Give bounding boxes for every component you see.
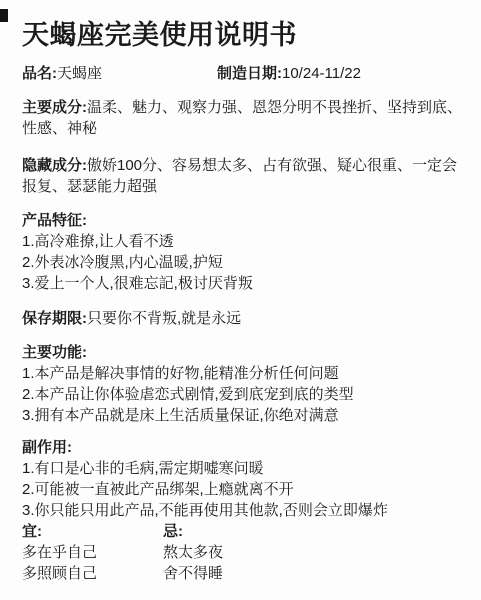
- list-item: 1.本产品是解决事情的好物,能精准分析任何问题: [22, 363, 471, 384]
- list-item: 1.高冷难撩,让人看不透: [22, 231, 471, 252]
- section-side-effects: 副作用: 1.有口是心非的毛病,需定期嘘寒问暖 2.可能被一直被此产品绑架,上瘾…: [22, 437, 471, 521]
- hidden-ingredients-text: 傲娇100分、容易想太多、占有欲强、疑心很重、一定会 报复、瑟瑟能力超强: [22, 157, 457, 195]
- list-item: 2.本产品让你体验虐恋式剧情,爱到底宠到底的类型: [22, 384, 471, 405]
- features-label: 产品特征:: [22, 210, 471, 231]
- suitable-label: 宜:: [22, 523, 42, 540]
- avoid-column: 忌: 熬太多夜 舍不得睡: [163, 521, 223, 584]
- product-name: 品名:天蝎座: [22, 63, 217, 84]
- product-name-label: 品名:: [22, 65, 57, 82]
- section-do-dont: 宜: 多在乎自己 多照顾自己 忌: 熬太多夜 舍不得睡: [22, 521, 471, 584]
- corner-mark: [0, 9, 8, 22]
- shelf-life-label: 保存期限:: [22, 310, 87, 327]
- side-effects-label: 副作用:: [22, 437, 471, 458]
- section-hidden-ingredients: 隐藏成分:傲娇100分、容易想太多、占有欲强、疑心很重、一定会 报复、瑟瑟能力超…: [22, 155, 471, 197]
- functions-label: 主要功能:: [22, 342, 471, 363]
- list-item: 多在乎自己: [22, 542, 163, 563]
- section-features: 产品特征: 1.高冷难撩,让人看不透 2.外表冰冷腹黑,内心温暖,护短 3.爱上…: [22, 210, 471, 294]
- suitable-column: 宜: 多在乎自己 多照顾自己: [22, 521, 163, 584]
- section-main-ingredients: 主要成分:温柔、魅力、观察力强、恩怨分明不畏挫折、坚持到底、 性感、神秘: [22, 97, 471, 139]
- main-ingredients-label: 主要成分:: [22, 99, 87, 116]
- list-item: 舍不得睡: [163, 563, 223, 584]
- list-item: 3.爱上一个人,很难忘記,极讨厌背叛: [22, 273, 471, 294]
- list-item: 1.有口是心非的毛病,需定期嘘寒问暖: [22, 458, 471, 479]
- shelf-life-text: 只要你不背叛,就是永远: [87, 310, 241, 327]
- list-item: 3.你只能只用此产品,不能再使用其他款,否则会立即爆炸: [22, 500, 471, 521]
- page-title: 天蝎座完美使用说明书: [22, 20, 471, 50]
- list-item: 2.可能被一直被此产品绑架,上瘾就离不开: [22, 479, 471, 500]
- section-functions: 主要功能: 1.本产品是解决事情的好物,能精准分析任何问题 2.本产品让你体验虐…: [22, 342, 471, 426]
- list-item: 多照顾自己: [22, 563, 163, 584]
- manufacture-date: 制造日期:10/24-11/22: [217, 63, 361, 84]
- product-meta-row: 品名:天蝎座 制造日期:10/24-11/22: [22, 63, 471, 84]
- hidden-ingredients-label: 隐藏成分:: [22, 157, 87, 174]
- main-ingredients-text: 温柔、魅力、观察力强、恩怨分明不畏挫折、坚持到底、 性感、神秘: [22, 99, 462, 137]
- manufacture-date-label: 制造日期:: [217, 65, 282, 82]
- manual-page: 天蝎座完美使用说明书 品名:天蝎座 制造日期:10/24-11/22 主要成分:…: [0, 0, 481, 600]
- manufacture-date-value: 10/24-11/22: [282, 65, 361, 82]
- product-name-value: 天蝎座: [57, 65, 102, 82]
- list-item: 2.外表冰冷腹黑,内心温暖,护短: [22, 252, 471, 273]
- list-item: 熬太多夜: [163, 542, 223, 563]
- section-shelf-life: 保存期限:只要你不背叛,就是永远: [22, 308, 471, 329]
- list-item: 3.拥有本产品就是床上生活质量保证,你绝对满意: [22, 405, 471, 426]
- avoid-label: 忌:: [163, 523, 183, 540]
